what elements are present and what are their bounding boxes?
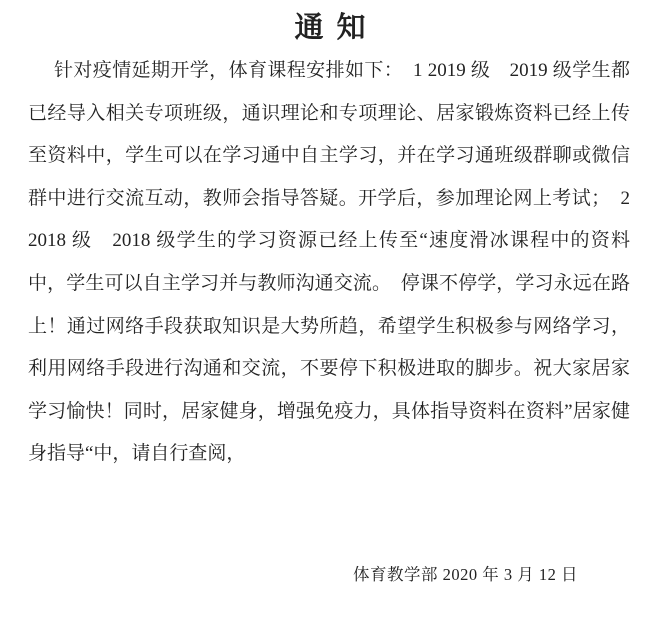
notice-title: 通知 xyxy=(0,8,660,48)
notice-page: 通知 针对疫情延期开学，体育课程安排如下： 1 2019 级 2019 级学生都… xyxy=(0,0,660,622)
notice-signature: 体育教学部 2020 年 3 月 12 日 xyxy=(353,561,578,585)
notice-body: 针对疫情延期开学，体育课程安排如下： 1 2019 级 2019 级学生都已经导… xyxy=(28,50,630,476)
